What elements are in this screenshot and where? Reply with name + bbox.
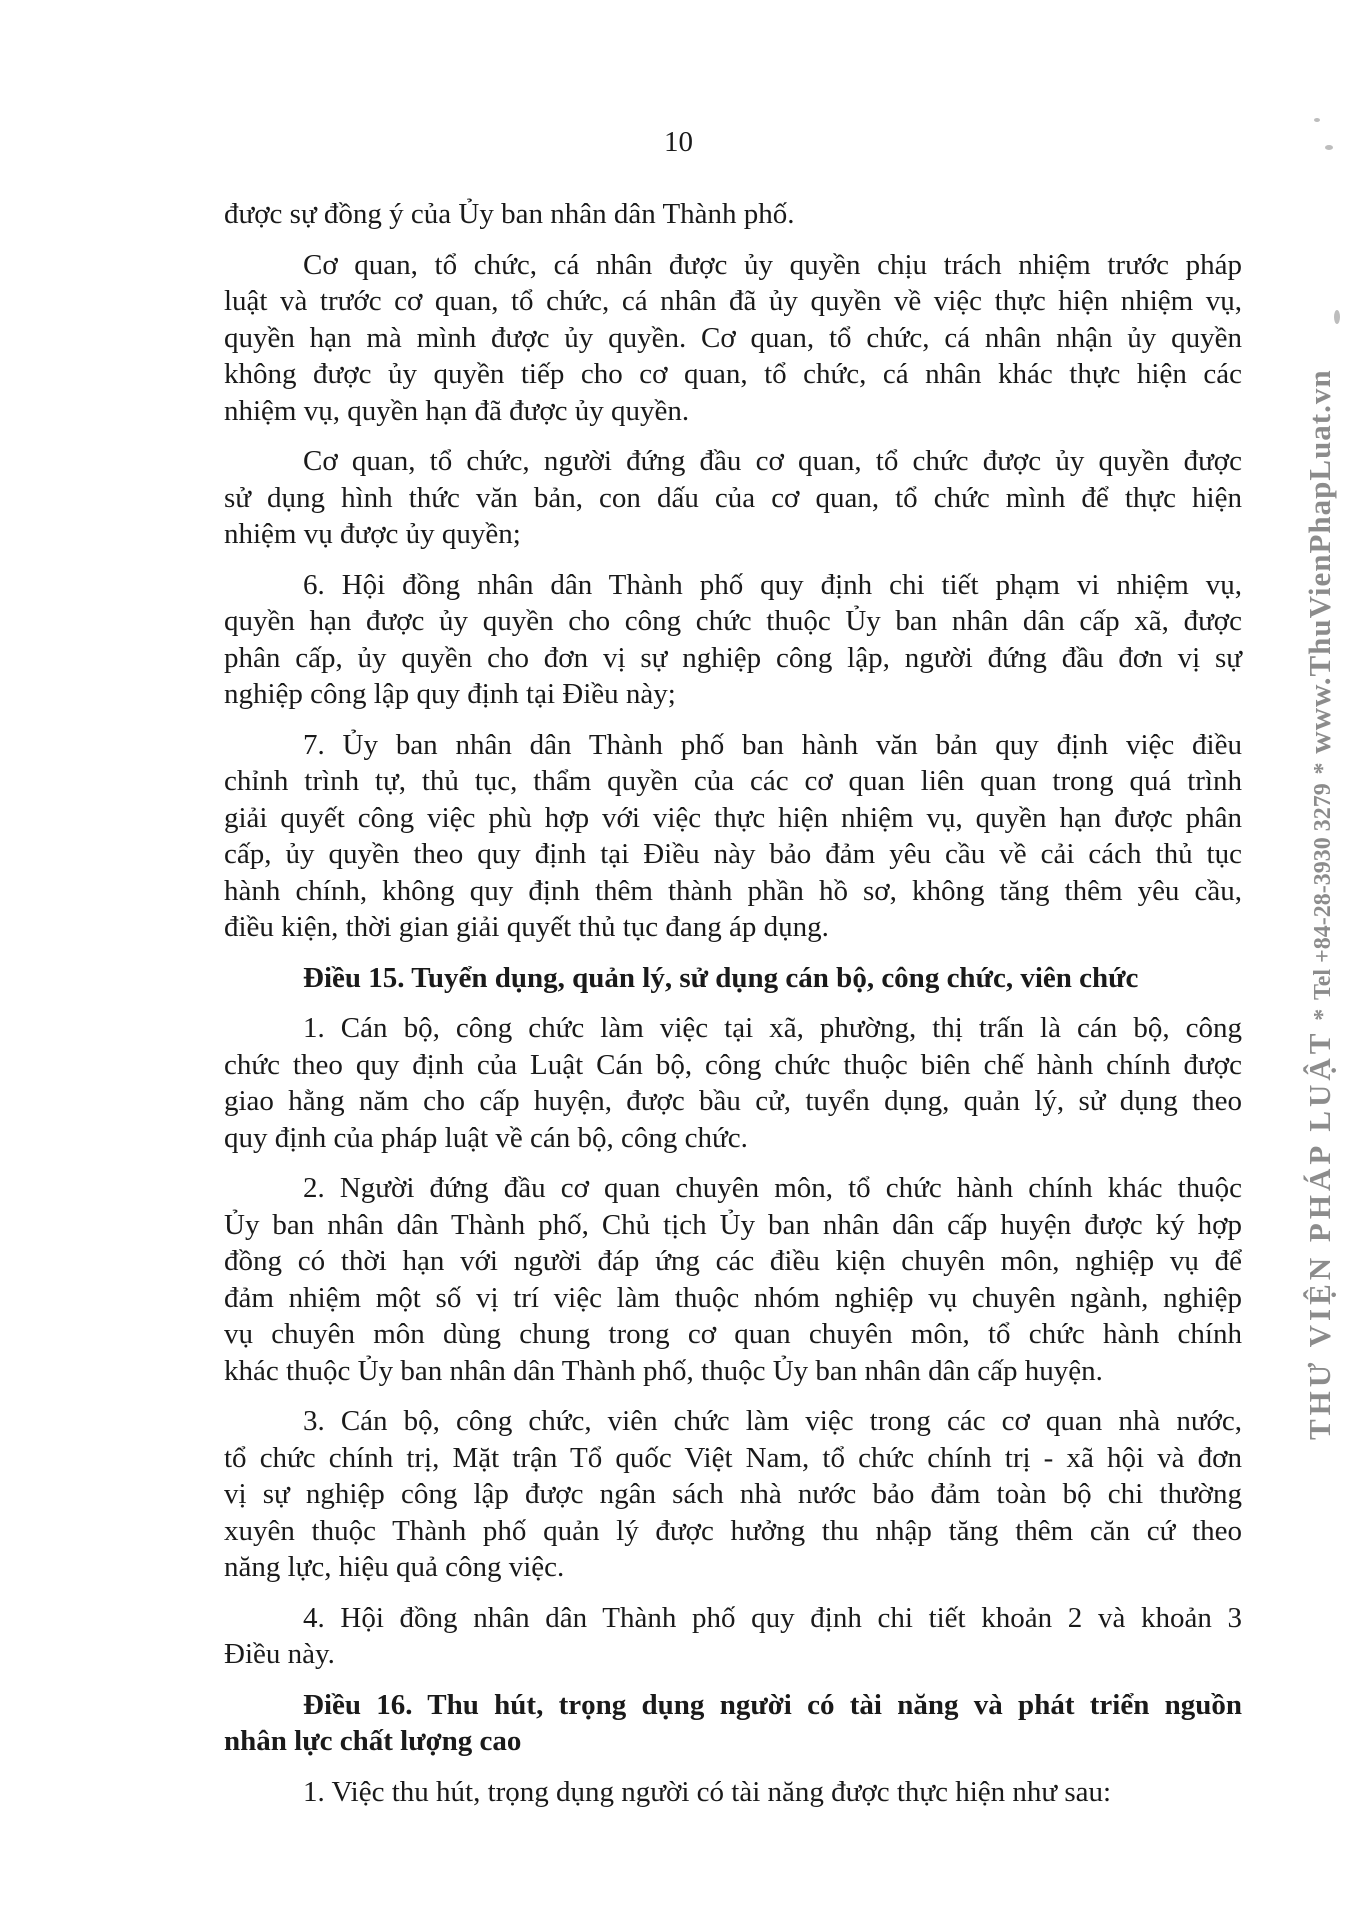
text-line: năng lực, hiệu quả công việc.	[224, 1549, 1242, 1586]
text-line: Điều này.	[224, 1636, 1242, 1673]
scan-speck	[1325, 145, 1333, 150]
paragraph: 7. Ủy ban nhân dân Thành phố ban hành vă…	[224, 727, 1242, 946]
watermark-separator-icon: *	[1310, 762, 1336, 774]
text-line: quy định của pháp luật về cán bộ, công c…	[224, 1120, 1242, 1157]
scan-speck	[1314, 118, 1320, 122]
text-line: xuyên thuộc Thành phố quản lý được hưởng…	[224, 1513, 1242, 1550]
text-line: quyền hạn mà mình được ủy quyền. Cơ quan…	[224, 320, 1242, 357]
text-line: Cơ quan, tổ chức, cá nhân được ủy quyền …	[224, 247, 1242, 284]
paragraph: Cơ quan, tổ chức, người đứng đầu cơ quan…	[224, 443, 1242, 553]
text-line: 7. Ủy ban nhân dân Thành phố ban hành vă…	[224, 727, 1242, 764]
text-line: vị sự nghiệp công lập được ngân sách nhà…	[224, 1476, 1242, 1513]
watermark-title: THƯ VIỆN PHÁP LUẬT	[1302, 1030, 1337, 1440]
paragraph: 1. Cán bộ, công chức làm việc tại xã, ph…	[224, 1010, 1242, 1156]
text-line: 1. Việc thu hút, trọng dụng người có tài…	[224, 1774, 1242, 1811]
text-line: Cơ quan, tổ chức, người đứng đầu cơ quan…	[224, 443, 1242, 480]
text-line: Điều 15. Tuyển dụng, quản lý, sử dụng cá…	[224, 960, 1242, 997]
article-heading: Điều 16. Thu hút, trọng dụng người có tà…	[224, 1687, 1242, 1760]
paragraph: 3. Cán bộ, công chức, viên chức làm việc…	[224, 1403, 1242, 1586]
text-line: chức theo quy định của Luật Cán bộ, công…	[224, 1047, 1242, 1084]
text-line: cấp, ủy quyền theo quy định tại Điều này…	[224, 836, 1242, 873]
text-line: giao hằng năm cho cấp huyện, được bầu cử…	[224, 1083, 1242, 1120]
text-line: được sự đồng ý của Ủy ban nhân dân Thành…	[224, 196, 1242, 233]
text-line: điều kiện, thời gian giải quyết thủ tục …	[224, 909, 1242, 946]
paragraph: 4. Hội đồng nhân dân Thành phố quy định …	[224, 1600, 1242, 1673]
paragraph: được sự đồng ý của Ủy ban nhân dân Thành…	[224, 196, 1242, 233]
watermark-tel: Tel +84-28-3930 3279	[1310, 783, 1336, 1000]
text-line: phân cấp, ủy quyền cho đơn vị sự nghiệp …	[224, 640, 1242, 677]
text-line: 6. Hội đồng nhân dân Thành phố quy định …	[224, 567, 1242, 604]
text-line: 3. Cán bộ, công chức, viên chức làm việc…	[224, 1403, 1242, 1440]
text-line: quyền hạn được ủy quyền cho công chức th…	[224, 603, 1242, 640]
text-line: tổ chức chính trị, Mặt trận Tổ quốc Việt…	[224, 1440, 1242, 1477]
text-line: 2. Người đứng đầu cơ quan chuyên môn, tổ…	[224, 1170, 1242, 1207]
watermark-separator-icon: *	[1310, 1009, 1336, 1021]
text-line: chỉnh trình tự, thủ tục, thẩm quyền của …	[224, 763, 1242, 800]
text-line: nghiệp công lập quy định tại Điều này;	[224, 676, 1242, 713]
paragraph: 1. Việc thu hút, trọng dụng người có tài…	[224, 1774, 1242, 1811]
document-body: được sự đồng ý của Ủy ban nhân dân Thành…	[224, 196, 1242, 1824]
text-line: đồng có thời hạn với người đáp ứng các đ…	[224, 1243, 1242, 1280]
text-line: vụ chuyên môn dùng chung trong cơ quan c…	[224, 1316, 1242, 1353]
text-line: Điều 16. Thu hút, trọng dụng người có tà…	[224, 1687, 1242, 1724]
scan-speck	[1334, 310, 1340, 324]
text-line: nhiệm vụ được ủy quyền;	[224, 516, 1242, 553]
text-line: giải quyết công việc phù hợp với việc th…	[224, 800, 1242, 837]
text-line: luật và trước cơ quan, tổ chức, cá nhân …	[224, 283, 1242, 320]
text-line: nhân lực chất lượng cao	[224, 1723, 1242, 1760]
text-line: đảm nhiệm một số vị trí việc làm thuộc n…	[224, 1280, 1242, 1317]
text-line: sử dụng hình thức văn bản, con dấu của c…	[224, 480, 1242, 517]
watermark-website: www.ThuVienPhapLuat.vn	[1302, 369, 1337, 753]
paragraph: Cơ quan, tổ chức, cá nhân được ủy quyền …	[224, 247, 1242, 430]
text-line: không được ủy quyền tiếp cho cơ quan, tổ…	[224, 356, 1242, 393]
text-line: 1. Cán bộ, công chức làm việc tại xã, ph…	[224, 1010, 1242, 1047]
text-line: nhiệm vụ, quyền hạn đã được ủy quyền.	[224, 393, 1242, 430]
paragraph: 6. Hội đồng nhân dân Thành phố quy định …	[224, 567, 1242, 713]
text-line: khác thuộc Ủy ban nhân dân Thành phố, th…	[224, 1353, 1242, 1390]
text-line: 4. Hội đồng nhân dân Thành phố quy định …	[224, 1600, 1242, 1637]
vertical-watermark: THƯ VIỆN PHÁP LUẬT * Tel +84-28-3930 327…	[1302, 369, 1338, 1440]
page-number: 10	[0, 124, 1357, 160]
article-heading: Điều 15. Tuyển dụng, quản lý, sử dụng cá…	[224, 960, 1242, 997]
text-line: hành chính, không quy định thêm thành ph…	[224, 873, 1242, 910]
paragraph: 2. Người đứng đầu cơ quan chuyên môn, tổ…	[224, 1170, 1242, 1389]
text-line: Ủy ban nhân dân Thành phố, Chủ tịch Ủy b…	[224, 1207, 1242, 1244]
